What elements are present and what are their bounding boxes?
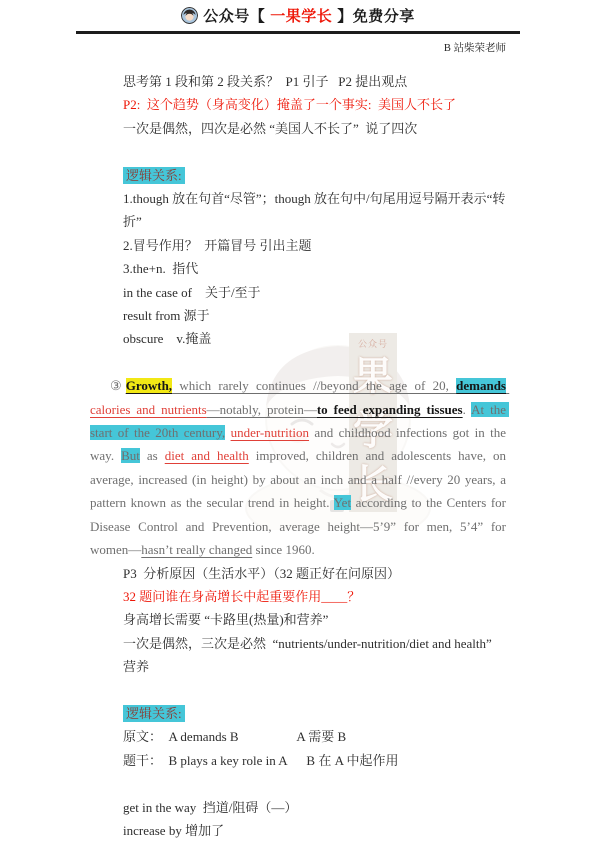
logic-item-2: 2.冒号作用？ 开篇冒号 引出主题 [90,234,506,257]
text-segment: 3.the+n. 指代 [123,261,198,276]
header-brand-name: 一果学长 [270,5,332,26]
text-segment: calories and nutrients [90,402,207,417]
text-segment: 1.though 放在句首“尽管”；though 放在句中/句尾用逗号隔开表示“… [123,191,505,229]
vocab-obscure: obscure v.掩盖 [90,327,506,350]
text-segment: to feed expanding tissues [317,402,463,417]
text-segment: 逻辑关系: [123,167,185,184]
blank-line [90,679,506,702]
text-segment: get in the way 挡道/阻碍（—） [123,800,297,815]
text-segment: diet and health [165,448,249,463]
text-segment: But [121,448,140,463]
logic-label-2: 逻辑关系: [90,702,506,725]
logic-original-line: 原文： A demands B A 需要 B [90,725,506,748]
logic-item-3: 3.the+n. 指代 [90,257,506,280]
text-segment: 32 题问谁在身高增长中起重要作用____？ [123,589,360,604]
question-32-line: 32 题问谁在身高增长中起重要作用____？ [90,585,506,608]
text-segment: which rarely continues //beyond the age … [172,378,456,393]
text-segment: ③ [110,378,126,393]
text-segment: . [463,402,472,417]
text-segment: P2: 这个趋势（身高变化）掩盖了一个事实: 美国人不长了 [123,97,456,112]
repetition-note-line: 一次是偶然，四次是必然 “美国人不长了” 说了四次 [90,117,506,140]
document-page: 公众号 果学长 公众号【一果学长】免费分享 B 站柴荣老师 思考第 1 段和第 … [0,0,596,842]
text-segment: Growth, [126,378,172,393]
vocab-result-from: result from 源于 [90,304,506,327]
text-segment: increase by 增加了 [123,823,224,838]
document-content: 思考第 1 段和第 2 段关系？ P1 引子 P2 提出观点P2: 这个趋势（身… [90,70,506,842]
text-segment: —notably, protein— [207,402,317,417]
author-credit: B 站柴荣老师 [444,40,506,55]
text-segment: 题干： B plays a key role in A B 在 A 中起作用 [123,753,399,768]
text-segment: result from 源于 [123,308,210,323]
height-need-line: 身高增长需要 “卡路里(热量)和营养” [90,608,506,631]
text-segment: 逻辑关系: [123,705,185,722]
p2-summary-line: P2: 这个趋势（身高变化）掩盖了一个事实: 美国人不长了 [90,93,506,116]
text-segment: as [140,448,165,463]
logic-label: 逻辑关系: [90,164,506,187]
vocab-increase-by: increase by 增加了 [90,819,506,842]
vocab-in-the-case-of: in the case of 关于/至于 [90,281,506,304]
text-segment: 一次是偶然，四次是必然 “美国人不长了” 说了四次 [123,121,417,136]
cartoon-boy-avatar-icon [181,7,198,24]
blank-line [90,772,506,795]
blank-line [90,351,506,374]
text-segment: 身高增长需要 “卡路里(热量)和营养” [123,612,328,627]
text-segment: 一次是偶然，三次是必然 “nutrients/under-nutrition/d… [123,636,498,674]
logic-stem-line: 题干： B plays a key role in A B 在 A 中起作用 [90,749,506,772]
header-title-prefix: 公众号【 [203,5,265,26]
text-segment: 原文： A demands B A 需要 B [123,729,346,744]
text-segment: P3 分析原因（生活水平）（32 题正好在问原因） [123,566,400,581]
text-segment: hasn’t really changed [141,542,252,557]
text-segment: obscure v.掩盖 [123,331,211,346]
text-segment: demands [456,378,506,393]
text-segment: 2.冒号作用？ 开篇冒号 引出主题 [123,238,312,253]
question-line: 思考第 1 段和第 2 段关系？ P1 引子 P2 提出观点 [90,70,506,93]
vocab-get-in-the-way: get in the way 挡道/阻碍（—） [90,796,506,819]
text-segment: in the case of 关于/至于 [123,285,261,300]
english-paragraph: ③Growth, which rarely continues //beyond… [90,374,506,561]
repetition-note-line-2: 一次是偶然，三次是必然 “nutrients/under-nutrition/d… [90,632,506,679]
p3-summary-line: P3 分析原因（生活水平）（32 题正好在问原因） [90,562,506,585]
page-header: 公众号【一果学长】免费分享 [76,5,520,34]
text-segment: Yet [334,495,351,510]
text-segment: 思考第 1 段和第 2 段关系？ P1 引子 P2 提出观点 [123,74,407,89]
blank-line [90,140,506,163]
header-title-suffix: 】免费分享 [337,5,415,26]
text-segment: since 1960. [252,542,314,557]
text-segment [506,378,509,393]
text-segment: under-nutrition [231,425,309,440]
logic-item-1: 1.though 放在句首“尽管”；though 放在句中/句尾用逗号隔开表示“… [90,187,506,234]
